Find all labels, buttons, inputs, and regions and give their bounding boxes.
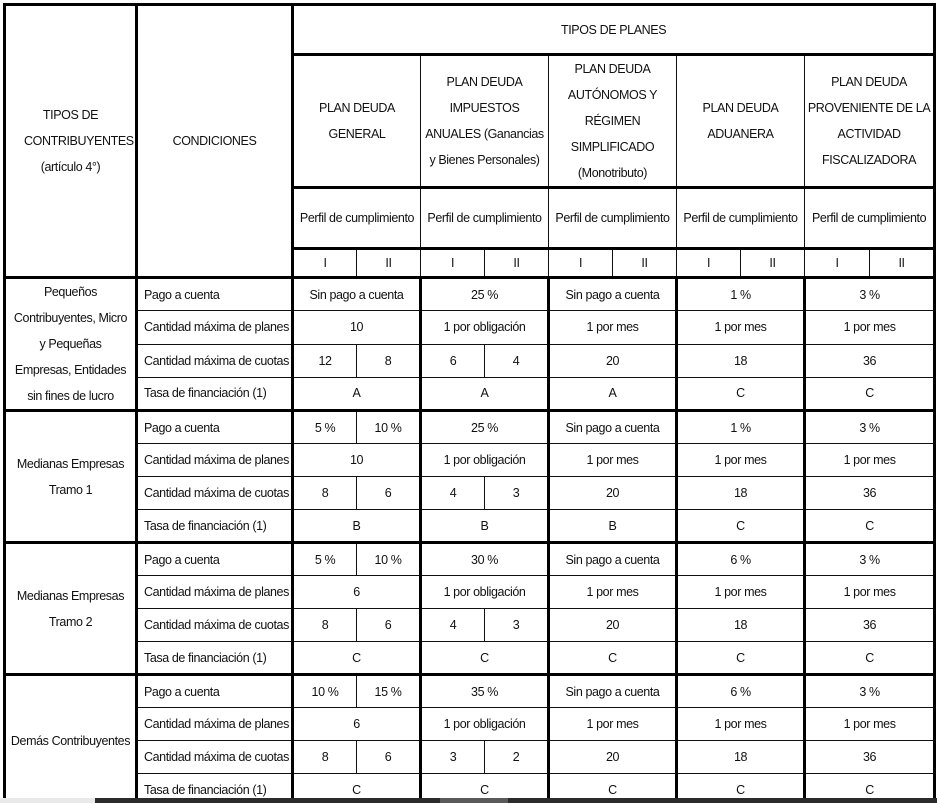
cell-plan-general: 6 [293, 708, 421, 741]
condition-label: Tasa de financiación (1) [137, 377, 293, 410]
header-tipos-contribuyentes: TIPOS DE CONTRIBUYENTES (artículo 4°) [5, 5, 137, 278]
cell-plan-aduanera: 1 por mes [677, 444, 805, 477]
cell-plan-aduanera: 1 % [677, 278, 805, 311]
cell-plan-anuales: B [421, 510, 549, 543]
scrollbar-left-area [0, 798, 95, 803]
condition-label: Cantidad máxima de cuotas [137, 477, 293, 510]
cell-plan-general-ii: 10 % [357, 411, 421, 444]
cell-plan-fiscalizadora: C [805, 642, 935, 675]
cell-plan-general: 6 [293, 576, 421, 609]
taxpayer-group: Medianas Empresas Tramo 2 [5, 543, 137, 675]
header-plan-fiscalizadora-label: PLAN DEUDA PROVENIENTE DE LA ACTIVIDAD F… [808, 75, 930, 167]
cell-plan-anuales: 30 % [421, 543, 549, 576]
cell-plan-autonomos: 1 por mes [549, 311, 677, 344]
table-row: Cantidad máxima de cuotas8643201836 [5, 477, 935, 510]
header-plan-autonomos-label: PLAN DEUDA AUTÓNOMOS Y RÉGIMEN SIMPLIFIC… [568, 62, 657, 180]
cell-plan-autonomos: 20 [549, 477, 677, 510]
taxpayer-group: Pequeños Contribuyentes, Micro y Pequeña… [5, 278, 137, 411]
cell-plan-general: A [293, 377, 421, 410]
cell-plan-general: 10 [293, 311, 421, 344]
header-perfil-fiscalizadora: Perfil de cumplimiento [805, 188, 935, 249]
table-row: Demás ContribuyentesPago a cuenta10 %15 … [5, 675, 935, 708]
condition-label: Pago a cuenta [137, 675, 293, 708]
cell-plan-fiscalizadora: 36 [805, 344, 935, 377]
cell-plan-anuales: 1 por obligación [421, 576, 549, 609]
taxpayer-group-label: Pequeños Contribuyentes, Micro y Pequeña… [14, 285, 127, 403]
cell-plan-autonomos: Sin pago a cuenta [549, 278, 677, 311]
cell-plan-autonomos: 20 [549, 344, 677, 377]
cell-plan-general-i: 12 [293, 344, 357, 377]
cell-plan-autonomos: Sin pago a cuenta [549, 675, 677, 708]
cell-plan-aduanera: 1 por mes [677, 576, 805, 609]
cell-plan-anuales: 1 por obligación [421, 311, 549, 344]
header-perfil-label: Perfil de cumplimiento [300, 211, 414, 225]
cell-plan-general-ii: 8 [357, 344, 421, 377]
header-perfil-ii: II [870, 249, 935, 278]
header-row-top: TIPOS DE CONTRIBUYENTES (artículo 4°) CO… [5, 5, 935, 55]
header-tipos-planes: TIPOS DE PLANES [293, 5, 935, 55]
cell-plan-fiscalizadora: 3 % [805, 278, 935, 311]
cell-plan-autonomos: A [549, 377, 677, 410]
header-perfil-i: I [293, 249, 357, 278]
taxpayer-group: Demás Contribuyentes [5, 675, 137, 803]
cell-plan-anuales-i: 4 [421, 609, 485, 642]
header-plan-general-label: PLAN DEUDA GENERAL [319, 101, 395, 141]
taxpayer-group-label: Demás Contribuyentes [11, 734, 130, 748]
header-plan-aduanera-label: PLAN DEUDA ADUANERA [703, 101, 779, 141]
header-perfil-ii: II [485, 249, 549, 278]
header-perfil-anuales: Perfil de cumplimiento [421, 188, 549, 249]
cell-plan-general-i: 8 [293, 477, 357, 510]
cell-plan-autonomos: Sin pago a cuenta [549, 411, 677, 444]
header-plan-autonomos: PLAN DEUDA AUTÓNOMOS Y RÉGIMEN SIMPLIFIC… [549, 55, 677, 188]
condition-label: Tasa de financiación (1) [137, 642, 293, 675]
table-row: Cantidad máxima de planes61 por obligaci… [5, 576, 935, 609]
header-perfil-i: I [549, 249, 613, 278]
header-plan-anuales: PLAN DEUDA IMPUESTOS ANUALES (Ganancias … [421, 55, 549, 188]
table-row: Cantidad máxima de cuotas8632201836 [5, 741, 935, 774]
header-perfil-i: I [421, 249, 485, 278]
cell-plan-anuales-ii: 4 [485, 344, 549, 377]
condition-label: Pago a cuenta [137, 411, 293, 444]
horizontal-scrollbar-thumb[interactable] [440, 798, 508, 803]
cell-plan-general-i: 5 % [293, 411, 357, 444]
cell-plan-general: Sin pago a cuenta [293, 278, 421, 311]
cell-plan-fiscalizadora: 1 por mes [805, 708, 935, 741]
cell-plan-fiscalizadora: 3 % [805, 543, 935, 576]
header-perfil-i: I [805, 249, 870, 278]
cell-plan-general-i: 8 [293, 609, 357, 642]
header-tipos-planes-label: TIPOS DE PLANES [561, 23, 666, 37]
cell-plan-aduanera: 1 por mes [677, 708, 805, 741]
cell-plan-anuales: 1 por obligación [421, 708, 549, 741]
condition-label: Cantidad máxima de cuotas [137, 609, 293, 642]
condition-label: Cantidad máxima de cuotas [137, 344, 293, 377]
header-perfil-ii: II [613, 249, 677, 278]
cell-plan-fiscalizadora: 1 por mes [805, 311, 935, 344]
cell-plan-fiscalizadora: 36 [805, 609, 935, 642]
condition-label: Cantidad máxima de cuotas [137, 741, 293, 774]
cell-plan-fiscalizadora: 36 [805, 741, 935, 774]
cell-plan-autonomos: 20 [549, 609, 677, 642]
cell-plan-anuales-i: 6 [421, 344, 485, 377]
condition-label: Cantidad máxima de planes [137, 708, 293, 741]
cell-plan-general-ii: 6 [357, 477, 421, 510]
cell-plan-general: 10 [293, 444, 421, 477]
cell-plan-autonomos: B [549, 510, 677, 543]
cell-plan-aduanera: 6 % [677, 675, 805, 708]
table-row: Tasa de financiación (1)BBBCC [5, 510, 935, 543]
header-perfil-label: Perfil de cumplimiento [427, 211, 541, 225]
header-perfil-aduanera: Perfil de cumplimiento [677, 188, 805, 249]
cell-plan-general-i: 8 [293, 741, 357, 774]
cell-plan-anuales-i: 4 [421, 477, 485, 510]
condition-label: Pago a cuenta [137, 278, 293, 311]
cell-plan-aduanera: 18 [677, 477, 805, 510]
header-perfil-label: Perfil de cumplimiento [812, 211, 926, 225]
header-tipos-contribuyentes-label: TIPOS DE CONTRIBUYENTES (artículo 4°) [24, 108, 134, 174]
cell-plan-autonomos: C [549, 642, 677, 675]
header-perfil-ii: II [357, 249, 421, 278]
condition-label: Pago a cuenta [137, 543, 293, 576]
cell-plan-autonomos: 1 por mes [549, 576, 677, 609]
cell-plan-fiscalizadora: 1 por mes [805, 576, 935, 609]
cell-plan-aduanera: C [677, 510, 805, 543]
header-perfil-label: Perfil de cumplimiento [683, 211, 797, 225]
cell-plan-anuales: 1 por obligación [421, 444, 549, 477]
cell-plan-aduanera: 6 % [677, 543, 805, 576]
cell-plan-fiscalizadora: C [805, 377, 935, 410]
cell-plan-anuales-ii: 3 [485, 609, 549, 642]
cell-plan-anuales: C [421, 642, 549, 675]
header-perfil-ii: II [741, 249, 805, 278]
header-perfil-i: I [677, 249, 741, 278]
table-row: Cantidad máxima de planes101 por obligac… [5, 311, 935, 344]
cell-plan-general-ii: 6 [357, 741, 421, 774]
cell-plan-aduanera: C [677, 377, 805, 410]
cell-plan-general-i: 10 % [293, 675, 357, 708]
condition-label: Tasa de financiación (1) [137, 510, 293, 543]
taxpayer-group-label: Medianas Empresas Tramo 1 [17, 457, 124, 497]
cell-plan-autonomos: Sin pago a cuenta [549, 543, 677, 576]
table-row: Cantidad máxima de planes101 por obligac… [5, 444, 935, 477]
cell-plan-general-ii: 6 [357, 609, 421, 642]
cell-plan-general: C [293, 642, 421, 675]
header-condiciones: CONDICIONES [137, 5, 293, 278]
cell-plan-aduanera: 1 % [677, 411, 805, 444]
table-row: Medianas Empresas Tramo 1Pago a cuenta5 … [5, 411, 935, 444]
cell-plan-anuales-ii: 3 [485, 477, 549, 510]
cell-plan-fiscalizadora: 36 [805, 477, 935, 510]
header-perfil-autonomos: Perfil de cumplimiento [549, 188, 677, 249]
cell-plan-autonomos: 20 [549, 741, 677, 774]
cell-plan-fiscalizadora: 1 por mes [805, 444, 935, 477]
cell-plan-general-ii: 10 % [357, 543, 421, 576]
cell-plan-autonomos: 1 por mes [549, 444, 677, 477]
cell-plan-general-i: 5 % [293, 543, 357, 576]
cell-plan-aduanera: 18 [677, 344, 805, 377]
header-perfil-general: Perfil de cumplimiento [293, 188, 421, 249]
header-plan-general: PLAN DEUDA GENERAL [293, 55, 421, 188]
table-row: Pequeños Contribuyentes, Micro y Pequeña… [5, 278, 935, 311]
cell-plan-anuales-i: 3 [421, 741, 485, 774]
cell-plan-anuales: 25 % [421, 278, 549, 311]
plans-table-container: TIPOS DE CONTRIBUYENTES (artículo 4°) CO… [3, 3, 933, 797]
table-row: Cantidad máxima de cuotas12864201836 [5, 344, 935, 377]
horizontal-scrollbar[interactable] [95, 798, 937, 803]
condition-label: Cantidad máxima de planes [137, 311, 293, 344]
header-condiciones-label: CONDICIONES [173, 134, 257, 148]
table-row: Cantidad máxima de planes61 por obligaci… [5, 708, 935, 741]
condition-label: Cantidad máxima de planes [137, 444, 293, 477]
cell-plan-anuales: A [421, 377, 549, 410]
header-plan-anuales-label: PLAN DEUDA IMPUESTOS ANUALES (Ganancias … [425, 75, 544, 167]
cell-plan-fiscalizadora: 3 % [805, 675, 935, 708]
cell-plan-anuales-ii: 2 [485, 741, 549, 774]
cell-plan-aduanera: 18 [677, 609, 805, 642]
cell-plan-general-ii: 15 % [357, 675, 421, 708]
plans-table: TIPOS DE CONTRIBUYENTES (artículo 4°) CO… [3, 3, 936, 803]
table-row: Medianas Empresas Tramo 2Pago a cuenta5 … [5, 543, 935, 576]
header-plan-fiscalizadora: PLAN DEUDA PROVENIENTE DE LA ACTIVIDAD F… [805, 55, 935, 188]
condition-label: Cantidad máxima de planes [137, 576, 293, 609]
cell-plan-fiscalizadora: C [805, 510, 935, 543]
table-row: Tasa de financiación (1)CCCCC [5, 642, 935, 675]
table-row: Cantidad máxima de cuotas8643201836 [5, 609, 935, 642]
taxpayer-group-label: Medianas Empresas Tramo 2 [17, 589, 124, 629]
table-row: Tasa de financiación (1)AAACC [5, 377, 935, 410]
cell-plan-aduanera: 18 [677, 741, 805, 774]
cell-plan-anuales: 25 % [421, 411, 549, 444]
cell-plan-aduanera: C [677, 642, 805, 675]
cell-plan-autonomos: 1 por mes [549, 708, 677, 741]
header-plan-aduanera: PLAN DEUDA ADUANERA [677, 55, 805, 188]
cell-plan-aduanera: 1 por mes [677, 311, 805, 344]
taxpayer-group: Medianas Empresas Tramo 1 [5, 411, 137, 543]
cell-plan-anuales: 35 % [421, 675, 549, 708]
header-perfil-label: Perfil de cumplimiento [555, 211, 669, 225]
cell-plan-general: B [293, 510, 421, 543]
cell-plan-fiscalizadora: 3 % [805, 411, 935, 444]
